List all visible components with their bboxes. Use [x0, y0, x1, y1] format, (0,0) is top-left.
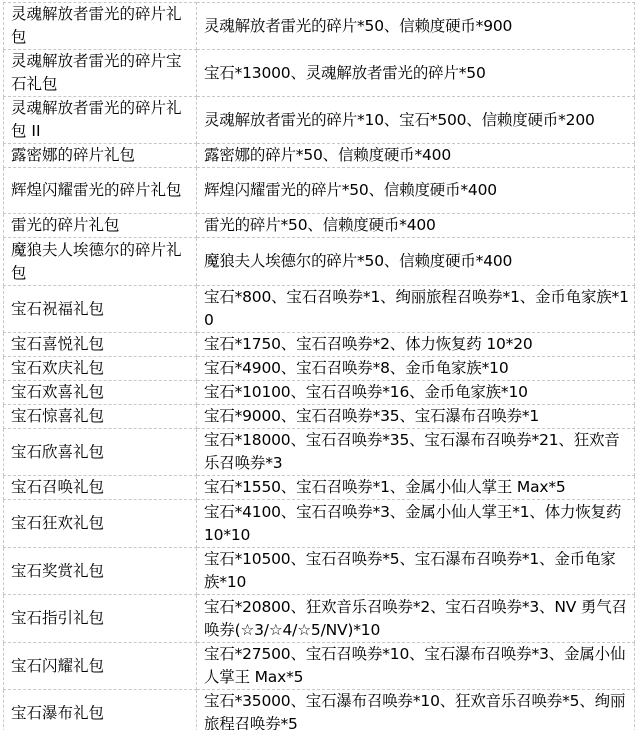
- pack-name-cell: 魔狼夫人埃德尔的碎片礼包: [4, 238, 197, 286]
- pack-content-cell: 宝石*27500、宝石召唤券*10、宝石瀑布召唤券*3、金属小仙人掌王 Max*…: [197, 643, 635, 690]
- pack-content-cell: 宝石*10100、宝石召唤券*16、金币龟家族*10: [197, 381, 635, 405]
- pack-content-cell: 宝石*800、宝石召唤券*1、绚丽旅程召唤券*1、金币龟家族*10: [197, 286, 635, 333]
- pack-name-cell: 宝石欢庆礼包: [4, 357, 197, 381]
- table-row: 宝石欣喜礼包宝石*18000、宝石召唤券*35、宝石瀑布召唤券*21、狂欢音乐召…: [4, 429, 635, 476]
- pack-content-cell: 雷光的碎片*50、信赖度硬币*400: [197, 214, 635, 238]
- pack-content-cell: 魔狼夫人埃德尔的碎片*50、信赖度硬币*400: [197, 238, 635, 286]
- pack-name-cell: 宝石闪耀礼包: [4, 643, 197, 690]
- pack-name-cell: 宝石惊喜礼包: [4, 405, 197, 429]
- pack-name-cell: 露密娜的碎片礼包: [4, 144, 197, 168]
- pack-content-cell: 灵魂解放者雷光的碎片*10、宝石*500、信赖度硬币*200: [197, 97, 635, 144]
- pack-content-cell: 宝石*9000、宝石召唤券*35、宝石瀑布召唤券*1: [197, 405, 635, 429]
- table-row: 宝石奖赏礼包宝石*10500、宝石召唤券*5、宝石瀑布召唤券*1、金币龟家族*1…: [4, 548, 635, 595]
- table-row: 宝石闪耀礼包宝石*27500、宝石召唤券*10、宝石瀑布召唤券*3、金属小仙人掌…: [4, 643, 635, 690]
- table-row: 辉煌闪耀雷光的碎片礼包辉煌闪耀雷光的碎片*50、信赖度硬币*400: [4, 168, 635, 214]
- pack-name-cell: 宝石奖赏礼包: [4, 548, 197, 595]
- pack-content-cell: 露密娜的碎片*50、信赖度硬币*400: [197, 144, 635, 168]
- table-row: 魔狼夫人埃德尔的碎片礼包魔狼夫人埃德尔的碎片*50、信赖度硬币*400: [4, 238, 635, 286]
- table-row: 宝石欢庆礼包宝石*4900、宝石召唤券*8、金币龟家族*10: [4, 357, 635, 381]
- pack-content-cell: 宝石*35000、宝石瀑布召唤券*10、狂欢音乐召唤券*5、绚丽旅程召唤券*5: [197, 690, 635, 730]
- pack-name-cell: 宝石狂欢礼包: [4, 500, 197, 548]
- pack-content-cell: 宝石*1550、宝石召唤券*1、金属小仙人掌王 Max*5: [197, 476, 635, 500]
- table-row: 灵魂解放者雷光的碎片礼包灵魂解放者雷光的碎片*50、信赖度硬币*900: [4, 3, 635, 50]
- table-row: 宝石指引礼包宝石*20800、狂欢音乐召唤券*2、宝石召唤券*3、NV 勇气召唤…: [4, 595, 635, 643]
- pack-name-cell: 宝石欣喜礼包: [4, 429, 197, 476]
- table-row: 宝石欢喜礼包宝石*10100、宝石召唤券*16、金币龟家族*10: [4, 381, 635, 405]
- pack-content-cell: 宝石*4100、宝石召唤券*3、金属小仙人掌王*1、体力恢复药 10*10: [197, 500, 635, 548]
- pack-name-cell: 宝石指引礼包: [4, 595, 197, 643]
- table-row: 宝石喜悦礼包宝石*1750、宝石召唤券*2、体力恢复药 10*20: [4, 333, 635, 357]
- table-row: 宝石祝福礼包宝石*800、宝石召唤券*1、绚丽旅程召唤券*1、金币龟家族*10: [4, 286, 635, 333]
- gift-pack-table: 灵魂解放者雷光的碎片礼包灵魂解放者雷光的碎片*50、信赖度硬币*900 灵魂解放…: [3, 2, 635, 730]
- table-body: 灵魂解放者雷光的碎片礼包灵魂解放者雷光的碎片*50、信赖度硬币*900 灵魂解放…: [4, 3, 635, 730]
- pack-content-cell: 宝石*18000、宝石召唤券*35、宝石瀑布召唤券*21、狂欢音乐召唤券*3: [197, 429, 635, 476]
- table-row: 宝石召唤礼包宝石*1550、宝石召唤券*1、金属小仙人掌王 Max*5: [4, 476, 635, 500]
- table-row: 宝石惊喜礼包宝石*9000、宝石召唤券*35、宝石瀑布召唤券*1: [4, 405, 635, 429]
- pack-content-cell: 辉煌闪耀雷光的碎片*50、信赖度硬币*400: [197, 168, 635, 214]
- table-row: 灵魂解放者雷光的碎片礼包 II灵魂解放者雷光的碎片*10、宝石*500、信赖度硬…: [4, 97, 635, 144]
- table-row: 宝石瀑布礼包宝石*35000、宝石瀑布召唤券*10、狂欢音乐召唤券*5、绚丽旅程…: [4, 690, 635, 730]
- pack-name-cell: 宝石喜悦礼包: [4, 333, 197, 357]
- pack-name-cell: 辉煌闪耀雷光的碎片礼包: [4, 168, 197, 214]
- table-row: 雷光的碎片礼包雷光的碎片*50、信赖度硬币*400: [4, 214, 635, 238]
- pack-content-cell: 宝石*13000、灵魂解放者雷光的碎片*50: [197, 50, 635, 97]
- table-row: 露密娜的碎片礼包露密娜的碎片*50、信赖度硬币*400: [4, 144, 635, 168]
- pack-name-cell: 雷光的碎片礼包: [4, 214, 197, 238]
- pack-name-cell: 宝石召唤礼包: [4, 476, 197, 500]
- pack-content-cell: 宝石*1750、宝石召唤券*2、体力恢复药 10*20: [197, 333, 635, 357]
- pack-name-cell: 灵魂解放者雷光的碎片礼包: [4, 3, 197, 50]
- pack-name-cell: 宝石欢喜礼包: [4, 381, 197, 405]
- pack-name-cell: 宝石瀑布礼包: [4, 690, 197, 730]
- pack-content-cell: 宝石*4900、宝石召唤券*8、金币龟家族*10: [197, 357, 635, 381]
- pack-content-cell: 灵魂解放者雷光的碎片*50、信赖度硬币*900: [197, 3, 635, 50]
- pack-name-cell: 灵魂解放者雷光的碎片宝石礼包: [4, 50, 197, 97]
- pack-content-cell: 宝石*20800、狂欢音乐召唤券*2、宝石召唤券*3、NV 勇气召唤券(☆3/☆…: [197, 595, 635, 643]
- pack-name-cell: 宝石祝福礼包: [4, 286, 197, 333]
- table-row: 灵魂解放者雷光的碎片宝石礼包宝石*13000、灵魂解放者雷光的碎片*50: [4, 50, 635, 97]
- pack-name-cell: 灵魂解放者雷光的碎片礼包 II: [4, 97, 197, 144]
- pack-content-cell: 宝石*10500、宝石召唤券*5、宝石瀑布召唤券*1、金币龟家族*10: [197, 548, 635, 595]
- table-row: 宝石狂欢礼包宝石*4100、宝石召唤券*3、金属小仙人掌王*1、体力恢复药 10…: [4, 500, 635, 548]
